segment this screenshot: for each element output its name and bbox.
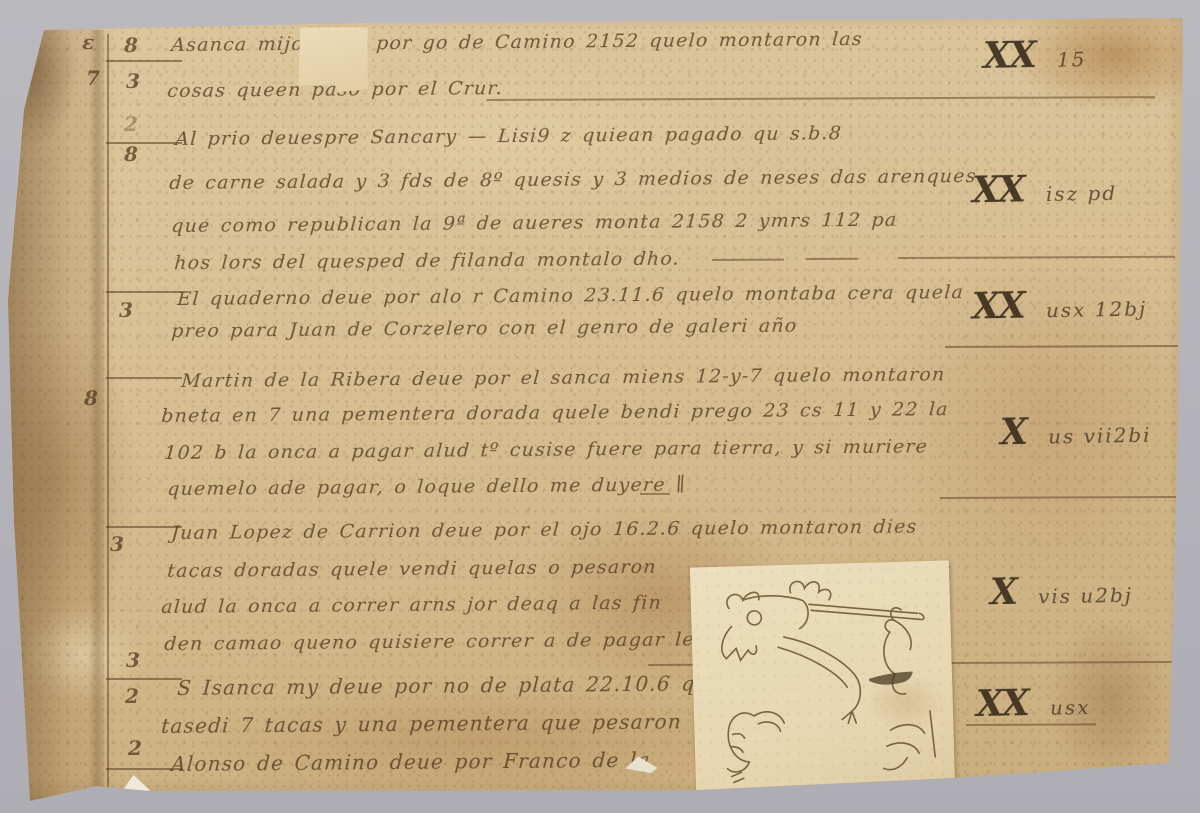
margin-numeral: 3 bbox=[126, 648, 140, 672]
sketch-ink-blot bbox=[869, 671, 913, 685]
margin-numeral: 2 bbox=[128, 736, 142, 760]
margin-numeral: 2 bbox=[125, 684, 139, 708]
entry-line: hos lors del quesped de filanda montalo … bbox=[174, 248, 681, 274]
entry-tick bbox=[106, 142, 182, 144]
entry-line: quemelo ade pagar, o loque dello me duye… bbox=[167, 473, 687, 500]
amount-roman: XX bbox=[976, 682, 1029, 725]
margin-numeral: 3 bbox=[119, 298, 133, 322]
pasted-sketch-paper bbox=[690, 560, 955, 794]
ruling-line bbox=[648, 664, 696, 666]
sketch-profile-outline bbox=[728, 713, 756, 763]
amount-value: isz pd bbox=[1046, 181, 1118, 206]
sketch-arm-line bbox=[778, 645, 847, 689]
sketch-arm-line bbox=[784, 635, 861, 713]
sketch-head-eye bbox=[747, 611, 761, 625]
amount-roman: X bbox=[990, 571, 1017, 613]
amount-value: usx bbox=[1050, 695, 1091, 720]
margin-numeral: 2 bbox=[124, 112, 138, 136]
margin-numeral: 3 bbox=[126, 69, 140, 93]
margin-numeral: ε bbox=[82, 30, 94, 54]
sketch-stroke bbox=[883, 758, 907, 770]
ruling-line bbox=[712, 259, 784, 261]
sketch-figure-arm bbox=[893, 620, 911, 650]
margin-numeral: 8 bbox=[84, 386, 98, 410]
manuscript-photo: ε 8 7 3 2 8 3 8 3 3 2 2 Asanca mijo deue… bbox=[0, 0, 1200, 813]
sketch-figure-body bbox=[883, 632, 905, 695]
amount-value: vis u2bj bbox=[1038, 583, 1133, 609]
entry-line: S Isanca my deue por no de plata 22.10.6… bbox=[177, 671, 737, 700]
entry-line: Alonso de Camino deue por Franco de la bbox=[171, 748, 652, 776]
amount-roman: XX bbox=[983, 34, 1036, 77]
amount-value: us vii2bi bbox=[1048, 423, 1152, 449]
sketch-stroke bbox=[890, 724, 924, 734]
repair-patch bbox=[298, 25, 370, 93]
amount-roman: XX bbox=[972, 285, 1025, 328]
sketch-stroke bbox=[887, 743, 919, 755]
amount-roman: X bbox=[1000, 411, 1027, 453]
amount-row: XX usx bbox=[976, 681, 1091, 725]
sketch-head-jaw bbox=[721, 626, 757, 661]
entry-tick bbox=[106, 291, 182, 293]
sketch-stroke bbox=[930, 711, 935, 757]
margin-numeral: 3 bbox=[110, 532, 124, 556]
amount-row: XX 15 bbox=[983, 33, 1087, 77]
entry-tick bbox=[106, 60, 182, 62]
amount-row: X us vii2bi bbox=[1000, 409, 1152, 454]
amount-value: 15 bbox=[1057, 47, 1087, 72]
entry-line: tasedi 7 tacas y una pementera que pesar… bbox=[161, 709, 683, 738]
amount-row: XX usx 12bj bbox=[972, 282, 1148, 327]
amount-roman: XX bbox=[972, 168, 1025, 211]
sketch-profile-hair bbox=[754, 711, 785, 732]
ruling-line bbox=[806, 258, 858, 260]
entry-line: tacas doradas quele vendi quelas o pesar… bbox=[167, 556, 658, 582]
margin-numeral: 8 bbox=[124, 142, 138, 166]
amount-row: XX isz pd bbox=[972, 167, 1118, 212]
entry-tick bbox=[106, 678, 182, 680]
margin-numeral: 8 bbox=[124, 33, 138, 57]
sketch-profile-chin bbox=[727, 762, 750, 783]
parchment-sheet: ε 8 7 3 2 8 3 8 3 3 2 2 Asanca mijo deue… bbox=[0, 0, 1200, 813]
margin-numeral: 7 bbox=[86, 66, 100, 90]
entry-tick bbox=[106, 377, 182, 379]
amount-row: X vis u2bj bbox=[990, 569, 1134, 613]
amount-value: usx 12bj bbox=[1046, 296, 1148, 322]
sketch-hand bbox=[842, 711, 856, 723]
figure-sketch-drawing bbox=[690, 560, 955, 794]
margin-rule-vertical bbox=[107, 34, 109, 788]
entry-line: alud la onca a correr arns jor deaq a la… bbox=[161, 592, 663, 618]
